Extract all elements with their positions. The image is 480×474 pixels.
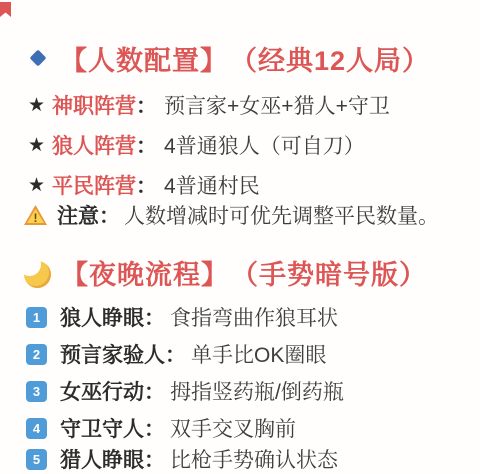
roster-item-value: 4普通村民: [164, 170, 260, 200]
notice-text: 人数增减时可优先调整平民数量。: [124, 200, 439, 230]
night-section-subtitle: （手势暗号版）: [231, 253, 427, 292]
step-number-badge: 3: [26, 381, 47, 402]
step-value: 食指弯曲作狼耳状: [170, 302, 338, 332]
step-number-badge: 5: [26, 449, 47, 470]
step-label: 预言家验人：: [60, 339, 186, 369]
roster-item-colon: ：: [136, 130, 157, 160]
notice-label: 注意：: [57, 200, 120, 230]
roster-section-subtitle: （经典12人局）: [230, 39, 430, 78]
step-number-badge: 2: [26, 344, 47, 365]
notice-line: ! 注意： 人数增减时可优先调整平民数量。: [24, 201, 439, 229]
warning-icon: !: [24, 205, 47, 225]
step-value: 单手比OK圈眼: [191, 339, 326, 369]
roster-item-label: 平民阵营: [52, 170, 136, 200]
star-icon: ★: [28, 134, 45, 157]
bookmark-icon: [0, 2, 11, 17]
star-icon: ★: [28, 94, 45, 117]
night-section-title: 【夜晚流程】: [61, 253, 229, 292]
step-number-badge: 1: [26, 307, 47, 328]
roster-item-value: 预言家+女巫+猎人+守卫: [164, 90, 390, 120]
step-value: 双手交叉胸前: [170, 413, 296, 443]
step-value: 拇指竖药瓶/倒药瓶: [170, 376, 344, 406]
roster-item-value: 4普通狼人（可自刀）: [164, 130, 365, 160]
roster-section-heading: 【人数配置】 （经典12人局）: [28, 36, 430, 80]
step-label: 狼人睁眼：: [60, 302, 165, 332]
step-label: 女巫行动：: [60, 376, 165, 406]
roster-item-label: 狼人阵营: [52, 130, 136, 160]
roster-item-villagers: ★ 平民阵营 ： 4普通村民: [28, 170, 260, 200]
roster-item-wolves: ★ 狼人阵营 ： 4普通狼人（可自刀）: [28, 130, 365, 160]
roster-item-gods: ★ 神职阵营 ： 预言家+女巫+猎人+守卫: [28, 90, 390, 120]
roster-item-label: 神职阵营: [52, 90, 136, 120]
night-section-heading: 【夜晚流程】 （手势暗号版）: [24, 250, 427, 294]
step-label: 猎人睁眼：: [60, 444, 165, 474]
step-value: 比枪手势确认状态: [170, 444, 338, 474]
diamond-icon: [30, 50, 47, 67]
step-hunter-open-eyes: 5 猎人睁眼： 比枪手势确认状态: [26, 445, 338, 473]
roster-item-colon: ：: [136, 90, 157, 120]
note-card: 【人数配置】 （经典12人局） ★ 神职阵营 ： 预言家+女巫+猎人+守卫 ★ …: [0, 0, 480, 474]
step-label: 守卫守人：: [60, 413, 165, 443]
step-wolves-open-eyes: 1 狼人睁眼： 食指弯曲作狼耳状: [26, 303, 338, 331]
step-seer-check: 2 预言家验人： 单手比OK圈眼: [26, 340, 326, 368]
moon-icon: [24, 261, 51, 288]
roster-item-colon: ：: [136, 170, 157, 200]
step-number-badge: 4: [26, 418, 47, 439]
star-icon: ★: [28, 174, 45, 197]
step-witch-action: 3 女巫行动： 拇指竖药瓶/倒药瓶: [26, 377, 344, 405]
step-guard-protect: 4 守卫守人： 双手交叉胸前: [26, 414, 296, 442]
roster-section-title: 【人数配置】: [60, 39, 228, 78]
